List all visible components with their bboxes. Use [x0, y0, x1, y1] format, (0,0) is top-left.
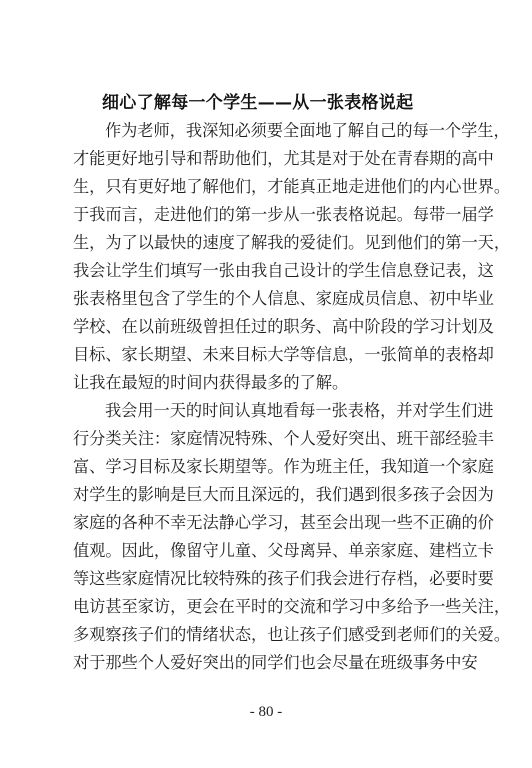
- text-line: 值观。因此，像留守儿童、父母离异、单亲家庭、建档立卡: [73, 541, 473, 561]
- text-line: 生，为了以最快的速度了解我的爱徒们。见到他们的第一天，: [73, 233, 473, 253]
- text-line: 生，只有更好地了解他们，才能真正地走进他们的内心世界。: [73, 177, 473, 197]
- document-page: 细心了解每一个学生——从一张表格说起 作为老师，我深知必须要全面地了解自己的每一…: [0, 0, 532, 768]
- text-line: 多观察孩子们的情绪状态，也让孩子们感受到老师们的关爱。: [73, 625, 473, 645]
- text-line: 富、学习目标及家长期望等。作为班主任，我知道一个家庭: [73, 457, 473, 477]
- section-title: 细心了解每一个学生——从一张表格说起: [102, 88, 413, 113]
- text-line: 行分类关注：家庭情况特殊、个人爱好突出、班干部经验丰: [73, 429, 473, 449]
- text-line: 作为老师，我深知必须要全面地了解自己的每一个学生，: [105, 121, 473, 141]
- text-line: 目标、家长期望、未来目标大学等信息，一张简单的表格却: [73, 345, 473, 365]
- text-line: 我会用一天的时间认真地看每一张表格，并对学生们进: [105, 401, 473, 421]
- text-line: 家庭的各种不幸无法静心学习，甚至会出现一些不正确的价: [73, 513, 473, 533]
- page-number: - 80 -: [0, 704, 532, 721]
- text-line: 对学生的影响是巨大而且深远的，我们遇到很多孩子会因为: [73, 485, 473, 505]
- text-line: 才能更好地引导和帮助他们，尤其是对于处在青春期的高中: [73, 149, 473, 169]
- text-line: 我会让学生们填写一张由我自己设计的学生信息登记表，这: [73, 261, 473, 281]
- text-line: 电访甚至家访，更会在平时的交流和学习中多给予一些关注，: [73, 597, 473, 617]
- text-line: 等这些家庭情况比较特殊的孩子们我会进行存档，必要时要: [73, 569, 473, 589]
- text-line: 让我在最短的时间内获得最多的了解。: [73, 373, 473, 393]
- text-line: 学校、在以前班级曾担任过的职务、高中阶段的学习计划及: [73, 317, 473, 337]
- text-line: 于我而言，走进他们的第一步从一张表格说起。每带一届学: [73, 205, 473, 225]
- text-line: 张表格里包含了学生的个人信息、家庭成员信息、初中毕业: [73, 289, 473, 309]
- text-line: 对于那些个人爱好突出的同学们也会尽量在班级事务中安: [73, 653, 473, 673]
